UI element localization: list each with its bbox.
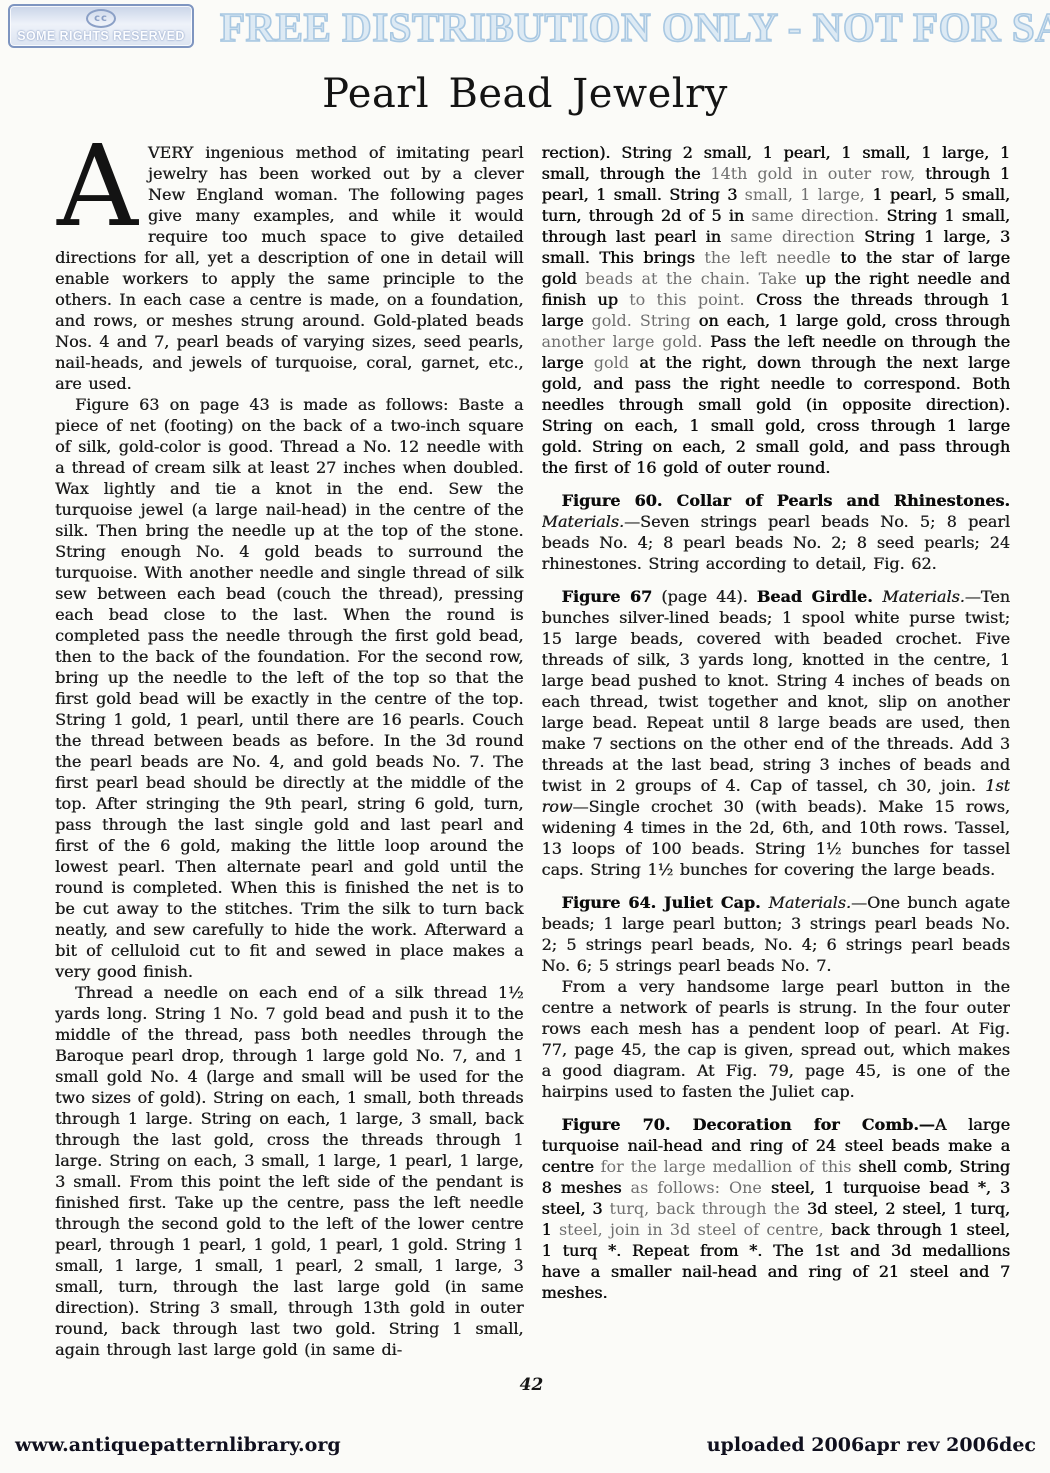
left-column: AVERY ingenious method of imitating pear… xyxy=(55,142,524,1370)
text-run: (page 44). xyxy=(652,587,757,606)
text-run: Materials. xyxy=(768,893,851,912)
text-run: small, 1 large, xyxy=(745,185,865,204)
cc-logo-icon: cc xyxy=(86,9,116,28)
text-run: Figure 63 on page 43 is made as follows:… xyxy=(55,395,524,981)
paragraph: Figure 60. Collar of Pearls and Rhinesto… xyxy=(542,490,1011,574)
text-run: on each, 1 large gold, cross through xyxy=(699,311,1010,330)
cc-badge-label: SOME RIGHTS RESERVED xyxy=(17,29,185,43)
page-title: Pearl Bead Jewelry xyxy=(0,68,1050,120)
text-run: steel, join in 3d steel of centre, xyxy=(559,1220,831,1239)
text-run: Figure 64. Juliet Cap. xyxy=(562,893,769,912)
text-run: —Single crochet 30 (with beads). Make 15… xyxy=(542,797,1011,879)
text-run: same direction xyxy=(730,227,864,246)
text-run: Materials. xyxy=(882,587,965,606)
paragraph: From a very handsome large pearl button … xyxy=(542,976,1011,1102)
text-run: gold. String xyxy=(592,311,699,330)
footer: www.antiquepatternlibrary.org uploaded 2… xyxy=(15,1433,1036,1457)
text-run: same direction. xyxy=(751,206,886,225)
text-run: as follows: One xyxy=(631,1178,771,1197)
paragraph: Figure 63 on page 43 is made as follows:… xyxy=(55,394,524,982)
paragraph: Figure 70. Decoration for Comb.—A large … xyxy=(542,1114,1011,1303)
text-run: From a very handsome large pearl button … xyxy=(542,977,1011,1101)
text-run: Figure 60. Collar of Pearls and Rhinesto… xyxy=(562,491,1011,510)
paragraph: AVERY ingenious method of imitating pear… xyxy=(55,142,524,394)
text-run: for the large medallion of this xyxy=(601,1157,859,1176)
text-run: Figure 67 xyxy=(562,587,653,606)
text-run: Bead Girdle. xyxy=(757,587,883,606)
paragraph: Figure 67 (page 44). Bead Girdle. Materi… xyxy=(542,586,1011,880)
text-run: Figure 70. Decoration for Comb.— xyxy=(562,1115,935,1134)
text-run: to this point. xyxy=(629,290,756,309)
watermark-text: FREE DISTRIBUTION ONLY - NOT FOR SALE xyxy=(220,4,1042,50)
paragraph: Thread a needle on each end of a silk th… xyxy=(55,982,524,1360)
text-run: turq, back through the xyxy=(610,1199,807,1218)
text-run: beads at the chain. Take xyxy=(585,269,805,288)
text-run: the left needle xyxy=(704,248,840,267)
footer-url: www.antiquepatternlibrary.org xyxy=(15,1433,341,1457)
text-run: 14th gold in outer row, xyxy=(710,164,915,183)
text-run: another large gold. xyxy=(542,332,703,351)
paragraph: rection). String 2 small, 1 pearl, 1 sma… xyxy=(542,142,1011,478)
right-column: rection). String 2 small, 1 pearl, 1 sma… xyxy=(542,142,1011,1370)
paragraph: Figure 64. Juliet Cap. Materials.—One bu… xyxy=(542,892,1011,976)
text-columns: AVERY ingenious method of imitating pear… xyxy=(55,142,1010,1370)
page-number: 42 xyxy=(55,1375,1008,1395)
cc-badge: cc SOME RIGHTS RESERVED xyxy=(8,4,194,48)
text-run: Thread a needle on each end of a silk th… xyxy=(55,983,524,1359)
dropcap-letter: A xyxy=(57,147,138,227)
text-run: gold xyxy=(594,353,639,372)
text-run: —Ten bunches silver-lined beads; 1 spool… xyxy=(542,587,1011,795)
text-run: Materials. xyxy=(542,512,625,531)
footer-upload-info: uploaded 2006apr rev 2006dec xyxy=(707,1433,1036,1457)
